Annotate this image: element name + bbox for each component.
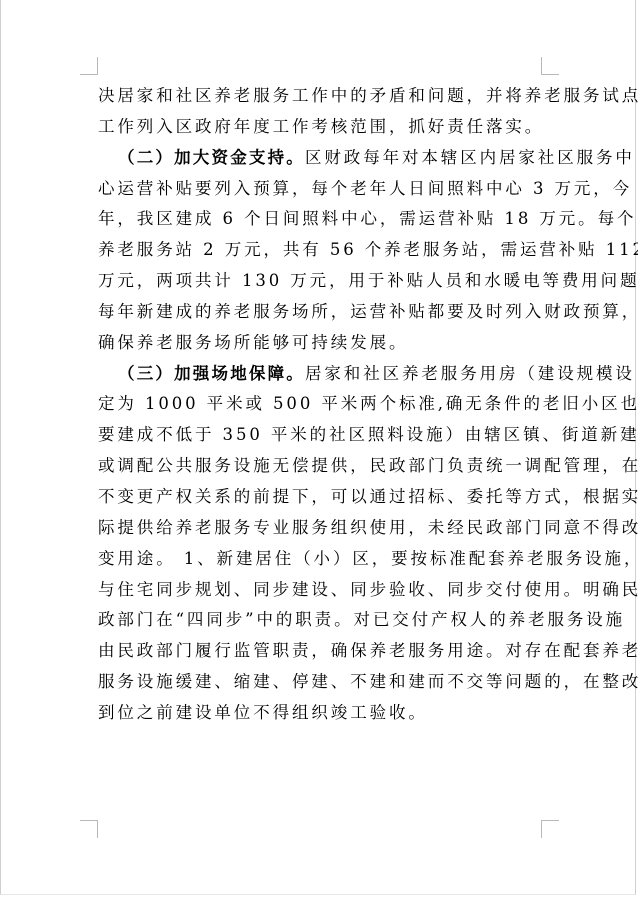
paragraph-first-line: （三）加强场地保障。居家和社区养老服务用房（建设规模设 [98,359,542,390]
text-line: 每年新建成的养老服务场所，运营补贴都要及时列入财政预算， [98,297,542,328]
text-line: 服务设施缓建、缩建、停建、不建和建而不交等问题的，在整改 [98,667,542,698]
text-line: 年，我区建成 6 个日间照料中心，需运营补贴 18 万元。每个 [98,204,542,235]
text-line: 由民政部门履行监管职责，确保养老服务用途。对存在配套养老 [98,636,542,667]
paragraph-first-line: （二）加大资金支持。区财政每年对本辖区内居家社区服务中 [98,143,542,174]
section-heading-venue: （三）加强场地保障。 [118,364,305,383]
document-body[interactable]: 决居家和社区养老服务工作中的矛盾和问题，并将养老服务试点 工作列入区政府年度工作… [98,81,542,729]
text-line: 养老服务站 2 万元，共有 56 个养老服务站，需运营补贴 112 [98,235,542,266]
text-line: 政部门在“四同步”中的职责。对已交付产权人的养老服务设施 [98,605,542,636]
text-line: 要建成不低于 350 平米的社区照料设施）由辖区镇、街道新建 [98,420,542,451]
bottom-left-margin-mark [80,820,98,838]
text-line: 心运营补贴要列入预算，每个老年人日间照料中心 3 万元，今 [98,174,542,205]
text-line: 或调配公共服务设施无偿提供，民政部门负责统一调配管理，在 [98,451,542,482]
text-run: 居家和社区养老服务用房（建设规模设 [305,364,635,383]
top-right-margin-mark [541,57,559,75]
text-run: 区财政每年对本辖区内居家社区服务中 [305,148,635,167]
text-line: 定为 1000 平米或 500 平米两个标准,确无条件的老旧小区也 [98,389,542,420]
text-line: 到位之前建设单位不得组织竣工验收。 [98,698,542,729]
text-line: 际提供给养老服务专业服务组织使用，未经民政部门同意不得改 [98,513,542,544]
top-left-margin-mark [80,57,98,75]
text-line: 万元，两项共计 130 万元，用于补贴人员和水暖电等费用问题， [98,266,542,297]
text-line: 与住宅同步规划、同步建设、同步验收、同步交付使用。明确民 [98,575,542,606]
document-page: 决居家和社区养老服务工作中的矛盾和问题，并将养老服务试点 工作列入区政府年度工作… [0,0,636,895]
text-line: 变用途。 1、新建居住（小）区，要按标准配套养老服务设施， [98,544,542,575]
text-line: 决居家和社区养老服务工作中的矛盾和问题，并将养老服务试点 [98,81,542,112]
text-line: 工作列入区政府年度工作考核范围，抓好责任落实。 [98,112,542,143]
text-line: 确保养老服务场所能够可持续发展。 [98,328,542,359]
bottom-right-margin-mark [541,820,559,838]
section-heading-funding: （二）加大资金支持。 [118,148,305,167]
text-line: 不变更产权关系的前提下，可以通过招标、委托等方式，根据实 [98,482,542,513]
